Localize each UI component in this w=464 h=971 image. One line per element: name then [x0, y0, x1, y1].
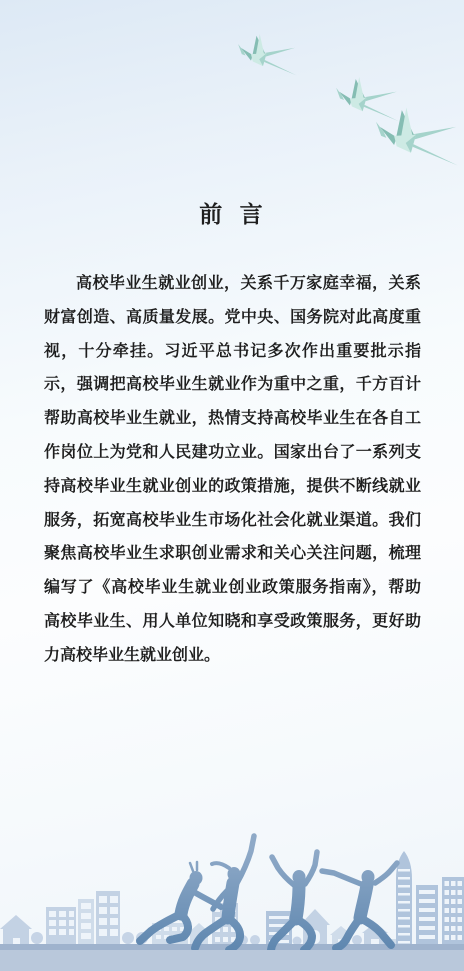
page-title: 前 言: [0, 199, 464, 229]
paragraph-line: 服务，拓宽高校毕业生市场化社会化就业渠道。我们: [44, 504, 421, 538]
preface-paragraph: 高校毕业生就业创业，关系千万家庭幸福，关系 财富创造、高质量发展。党中央、国务院…: [44, 267, 421, 673]
paragraph-line: 作岗位上为党和人民建功立业。国家出台了一系列支: [44, 436, 421, 470]
paragraph-line: 帮助高校毕业生就业，热情支持高校毕业生在各自工: [44, 402, 421, 436]
paper-crane-icon: [238, 33, 298, 79]
paragraph-line: 财富创造、高质量发展。党中央、国务院对此高度重: [44, 301, 421, 335]
paragraph-line: 高校毕业生、用人单位知晓和享受政策服务，更好助: [44, 605, 421, 639]
paper-crane-icon: [376, 106, 460, 171]
paragraph-line: 持高校毕业生就业创业的政策措施，提供不断线就业: [44, 470, 421, 504]
preface-page: 前 言 高校毕业生就业创业，关系千万家庭幸福，关系 财富创造、高质量发展。党中央…: [0, 0, 464, 971]
paragraph-line: 高校毕业生就业创业，关系千万家庭幸福，关系: [44, 267, 421, 301]
paragraph-line: 编写了《高校毕业生就业创业政策服务指南》，帮助: [44, 571, 421, 605]
footer-illustration: [0, 821, 464, 971]
paragraph-line: 示，强调把高校毕业生就业作为重中之重，千方百计: [44, 368, 421, 402]
paragraph-line: 力高校毕业生就业创业。: [44, 639, 421, 673]
jumping-person: [271, 852, 317, 950]
footer-ground-band: [0, 950, 464, 971]
paragraph-line: 聚焦高校毕业生求职创业需求和关心关注问题，梳理: [44, 537, 421, 571]
paragraph-line: 视，十分牵挂。习近平总书记多次作出重要批示指: [44, 335, 421, 369]
